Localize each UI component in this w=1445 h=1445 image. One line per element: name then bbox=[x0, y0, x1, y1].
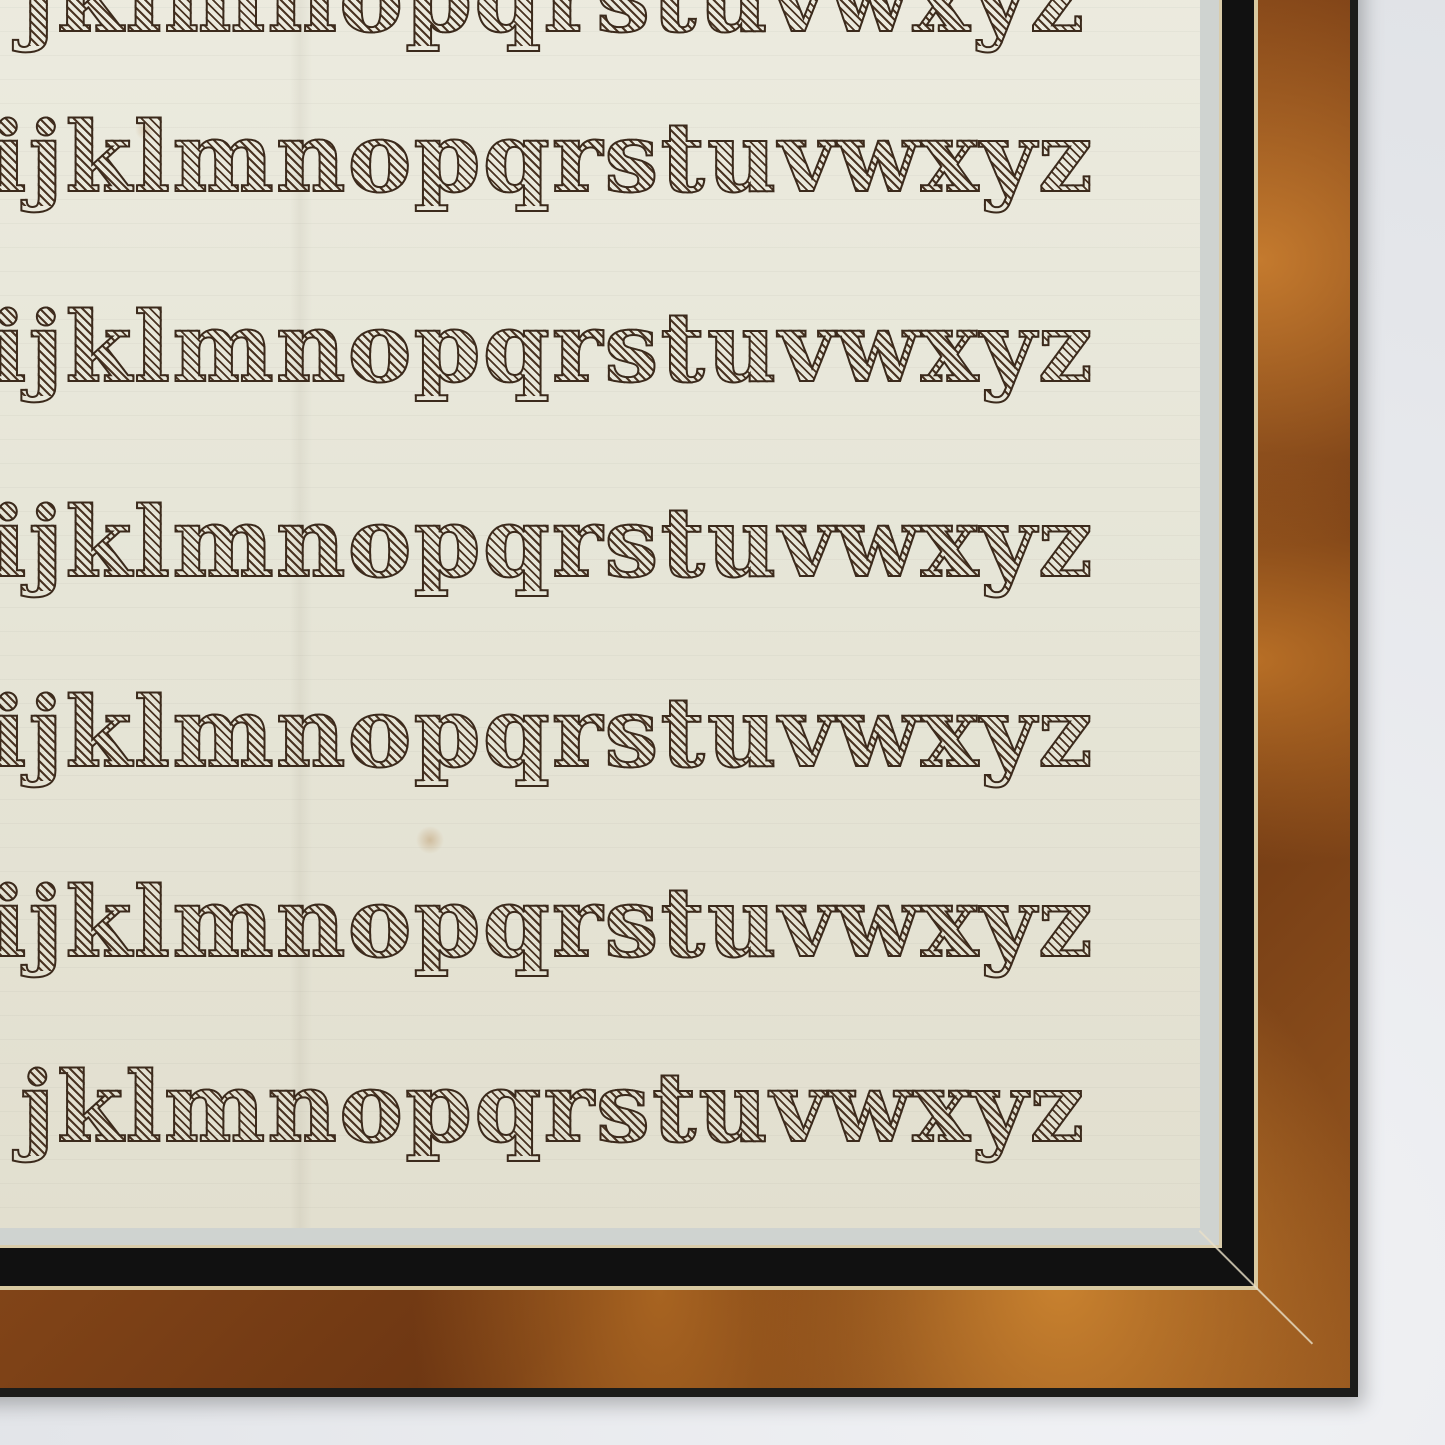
sampler-paper: jklmnopqrstuvwxyz ijklmnopqrstuvwxyz ijk… bbox=[0, 0, 1200, 1228]
alphabet-row-1: jklmnopqrstuvwxyz bbox=[20, 0, 1086, 46]
alphabet-row-5: ijklmnopqrstuvwxyz bbox=[0, 685, 1095, 781]
alphabet-row-7: jklmnopqrstuvwxyz bbox=[20, 1060, 1086, 1156]
alphabet-row-3: ijklmnopqrstuvwxyz bbox=[0, 300, 1095, 396]
alphabet-row-4: ijklmnopqrstuvwxyz bbox=[0, 495, 1095, 591]
alphabet-row-2: ijklmnopqrstuvwxyz bbox=[0, 110, 1095, 206]
alphabet-row-6: ijklmnopqrstuvwxyz bbox=[0, 875, 1095, 971]
